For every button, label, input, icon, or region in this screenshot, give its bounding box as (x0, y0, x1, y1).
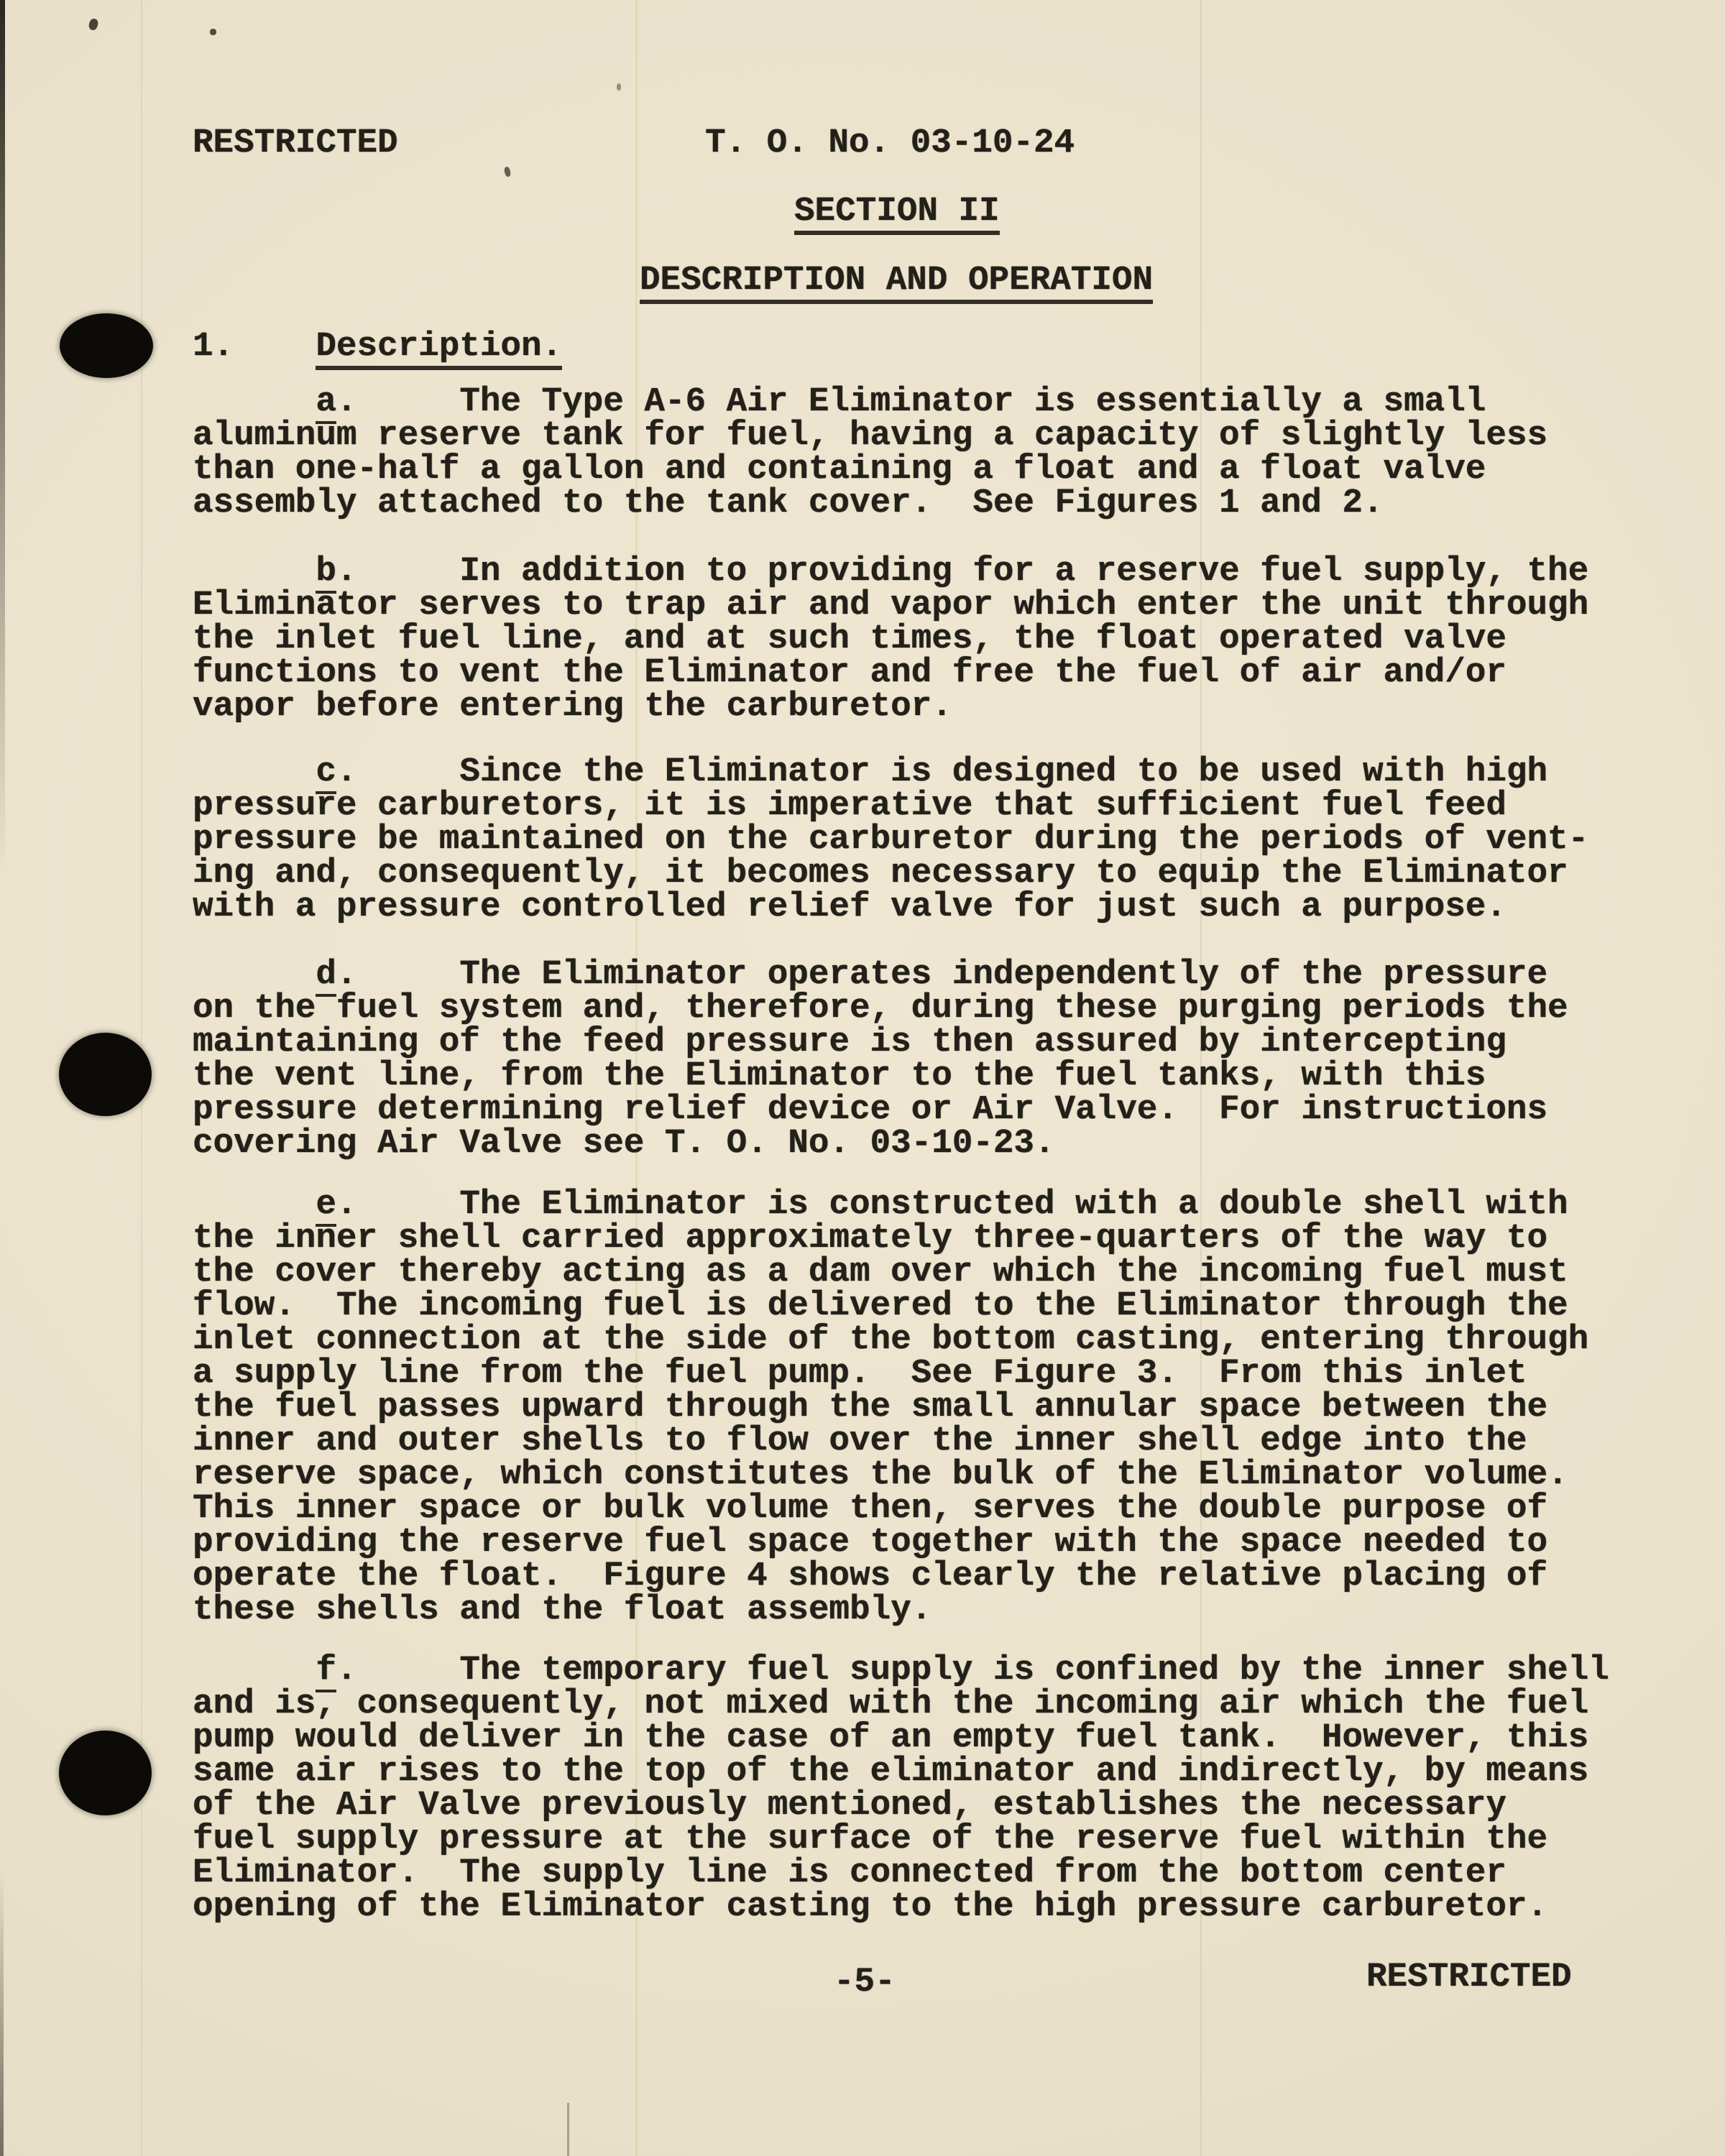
paragraph-indent (193, 1185, 316, 1224)
heading-description: 1. Description. (193, 330, 562, 370)
paragraph-gap (357, 1651, 460, 1690)
paragraph-letter-dot: . (336, 1185, 357, 1224)
page-number: -5- (834, 1966, 896, 1999)
paragraph-indent (193, 955, 316, 994)
paragraph-gap (357, 552, 460, 591)
paragraph-e: e. The Eliminator is constructed with a … (193, 1188, 1623, 1627)
ink-speck (88, 18, 99, 32)
paragraph-letter-dot: . (336, 552, 357, 591)
ink-speck (210, 29, 216, 35)
document-title-text: DESCRIPTION AND OPERATION (640, 264, 1153, 304)
technical-order-number: T. O. No. 03-10-24 (705, 126, 1075, 160)
punch-hole (59, 1033, 152, 1116)
paragraph-letter-dot: . (336, 1651, 357, 1690)
heading-title: Description. (316, 330, 562, 370)
heading-number: 1. (193, 327, 234, 366)
paragraph-d: d. The Eliminator operates independently… (193, 958, 1623, 1161)
classification-top: RESTRICTED (193, 126, 398, 160)
paragraph-body: The temporary fuel supply is confined by… (193, 1651, 1609, 1926)
scan-edge-shadow (0, 0, 5, 920)
paragraph-letter-dot: . (336, 382, 357, 421)
paragraph-indent (193, 752, 316, 791)
paragraph-gap (357, 382, 460, 421)
paragraph-b: b. In addition to providing for a reserv… (193, 555, 1623, 724)
paragraph-f: f. The temporary fuel supply is confined… (193, 1654, 1623, 1924)
scan-mark (567, 2103, 569, 2156)
section-title: SECTION II (794, 195, 1000, 235)
paragraph-body: The Eliminator is constructed with a dou… (193, 1185, 1588, 1629)
section-title-text: SECTION II (794, 195, 1000, 235)
paragraph-c: c. Since the Eliminator is designed to b… (193, 755, 1623, 924)
paragraph-indent (193, 382, 316, 421)
paragraph-a: a. The Type A-6 Air Eliminator is essent… (193, 385, 1623, 520)
punch-hole (59, 1731, 152, 1815)
heading-gap (234, 327, 316, 366)
paragraph-gap (357, 1185, 460, 1224)
paragraph-indent (193, 1651, 316, 1690)
ink-speck (504, 166, 512, 177)
scanned-document-page: RESTRICTED T. O. No. 03-10-24 SECTION II… (0, 0, 1725, 2156)
document-title: DESCRIPTION AND OPERATION (640, 264, 1153, 304)
punch-hole (60, 313, 153, 378)
paragraph-letter-dot: . (336, 955, 357, 994)
classification-bottom: RESTRICTED (1366, 1961, 1572, 1994)
paragraph-gap (357, 955, 460, 994)
paragraph-letter-dot: . (336, 752, 357, 791)
paragraph-gap (357, 752, 460, 791)
scan-edge-shadow-bottom (0, 1840, 4, 2156)
paragraph-indent (193, 552, 316, 591)
ink-speck (617, 83, 621, 91)
